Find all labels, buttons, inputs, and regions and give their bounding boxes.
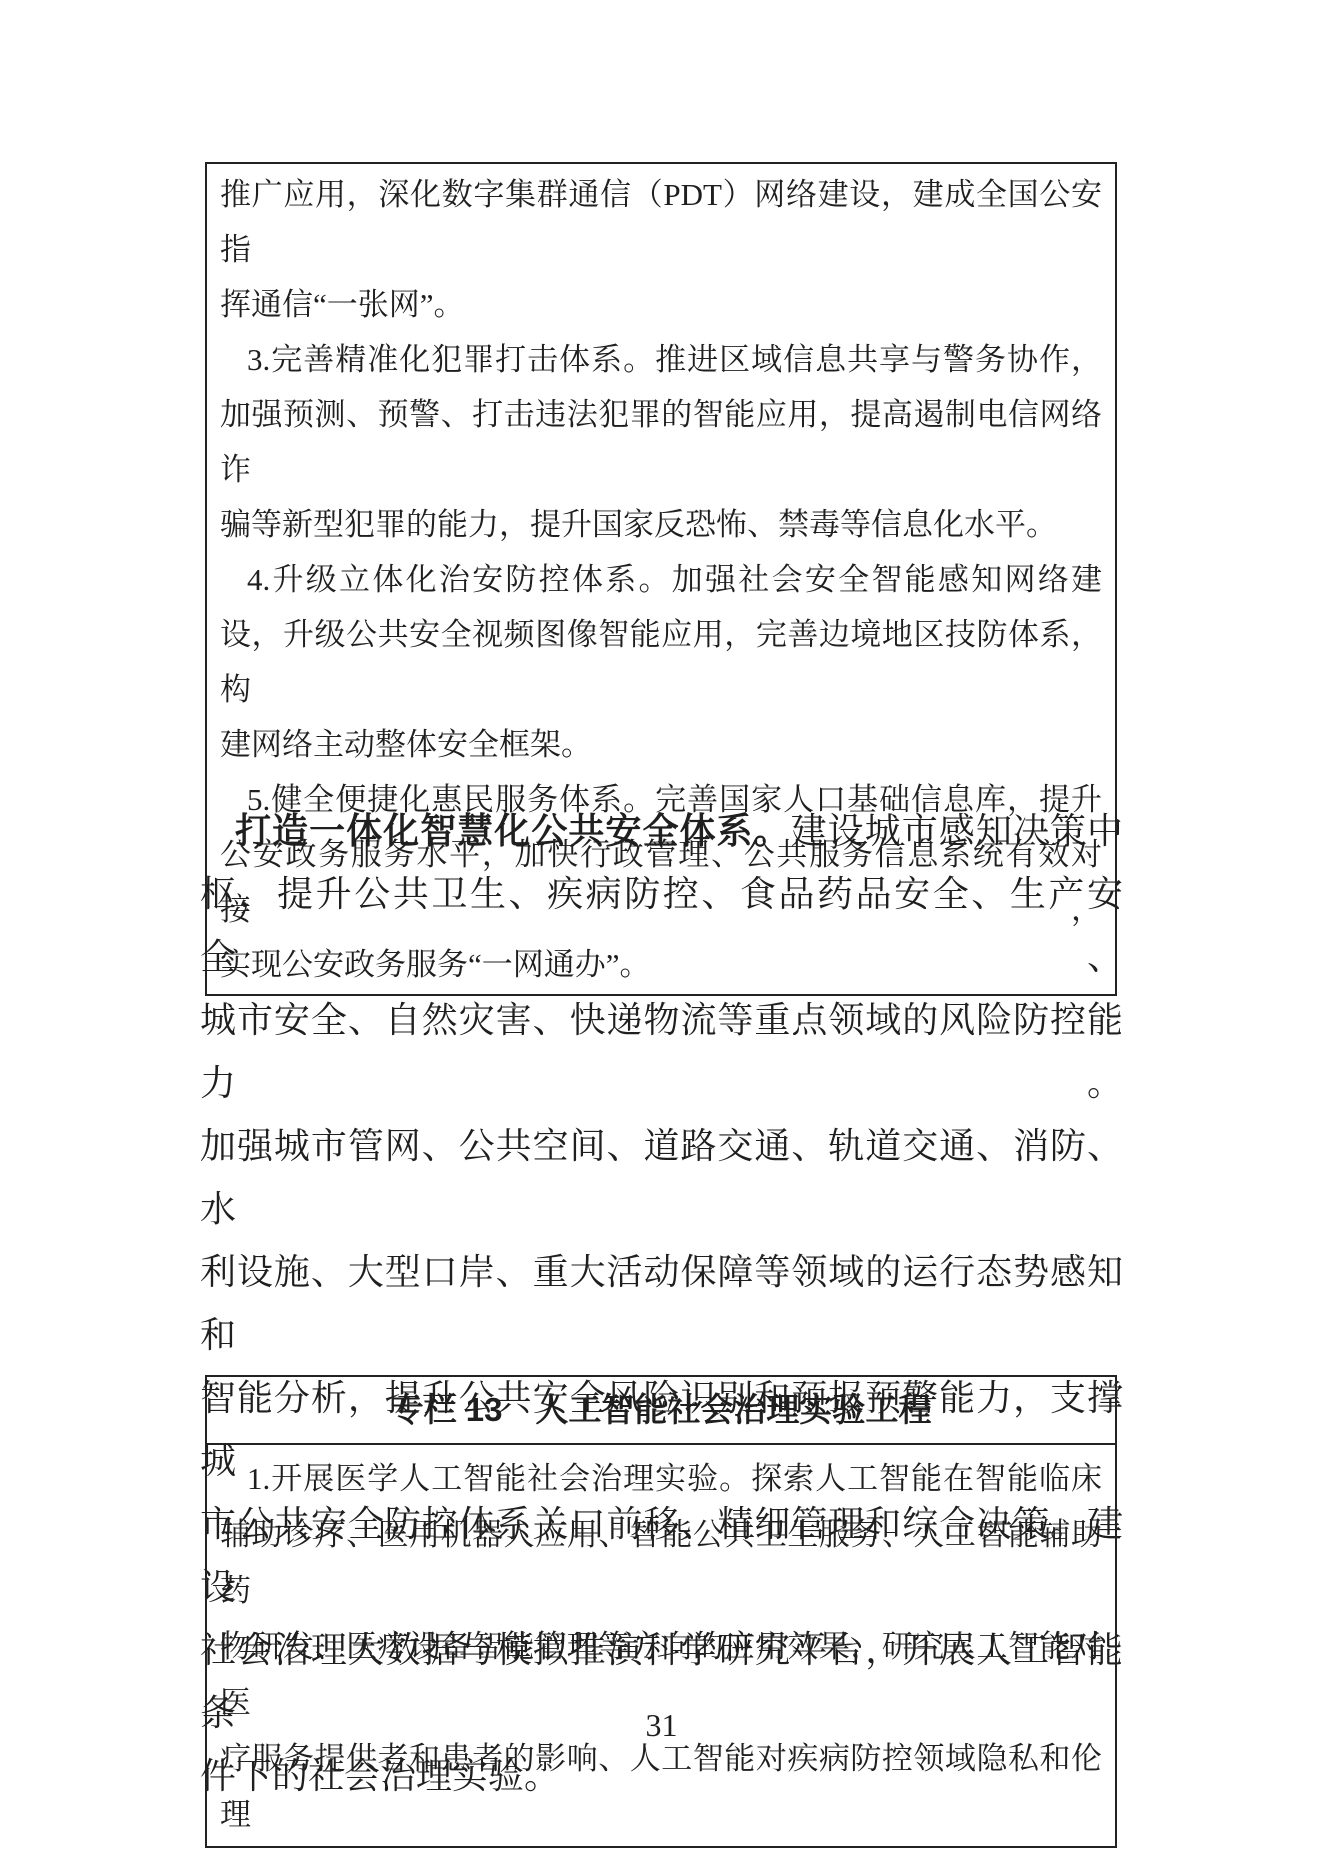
box1-line: 3.完善精准化犯罪打击体系。推进区域信息共享与警务协作， [220,332,1102,387]
box1-line: 推广应用，深化数字集群通信（PDT）网络建设，建成全国公安指 [220,167,1102,277]
box1-line: 建网络主动整体安全框架。 [220,717,1102,772]
box1-line: 挥通信“一张网”。 [220,277,1102,332]
paragraph-line: 打造一体化智慧化公共安全体系。建设城市感知决策中 [200,799,1123,863]
box1-line: 骗等新型犯罪的能力，提升国家反恐怖、禁毒等信息化水平。 [220,497,1102,552]
box2-line: 辅助诊疗、医用机器人应用、智能公共卫生服务、人工智能辅助药 [220,1507,1102,1619]
column13-body: 1.开展医学人工智能社会治理实验。探索人工智能在智能临床 辅助诊疗、医用机器人应… [207,1445,1115,1846]
column13-title: 专栏 13 人工智能社会治理实验工程 [207,1377,1115,1445]
document-page: 推广应用，深化数字集群通信（PDT）网络建设，建成全国公安指 挥通信“一张网”。… [0,0,1323,1871]
paragraph-text: 建设城市感知决策中 [791,811,1123,851]
paragraph-bold-lead: 打造一体化智慧化公共安全体系。 [235,810,791,851]
paragraph-line: 城市安全、自然灾害、快递物流等重点领域的风险防控能力。 [200,989,1123,1115]
page-number: 31 [0,1705,1323,1745]
box2-line: 疗服务提供者和患者的影响、人工智能对疾病防控领域隐私和伦理 [220,1731,1102,1843]
box2-line: 1.开展医学人工智能社会治理实验。探索人工智能在智能临床 [220,1451,1102,1507]
paragraph-line: 利设施、大型口岸、重大活动保障等领域的运行态势感知和 [200,1241,1123,1367]
box1-line: 设，升级公共安全视频图像智能应用，完善边境地区技防体系，构 [220,607,1102,717]
paragraph-line: 枢，提升公共卫生、疾病防控、食品药品安全、生产安全、 [200,863,1123,989]
column13-box: 专栏 13 人工智能社会治理实验工程 1.开展医学人工智能社会治理实验。探索人工… [205,1375,1117,1848]
box1-line: 加强预测、预警、打击违法犯罪的智能应用，提高遏制电信网络诈 [220,387,1102,497]
box1-line: 4.升级立体化治安防控体系。加强社会安全智能感知网络建 [220,552,1102,607]
paragraph-line: 加强城市管网、公共空间、道路交通、轨道交通、消防、水 [200,1115,1123,1241]
